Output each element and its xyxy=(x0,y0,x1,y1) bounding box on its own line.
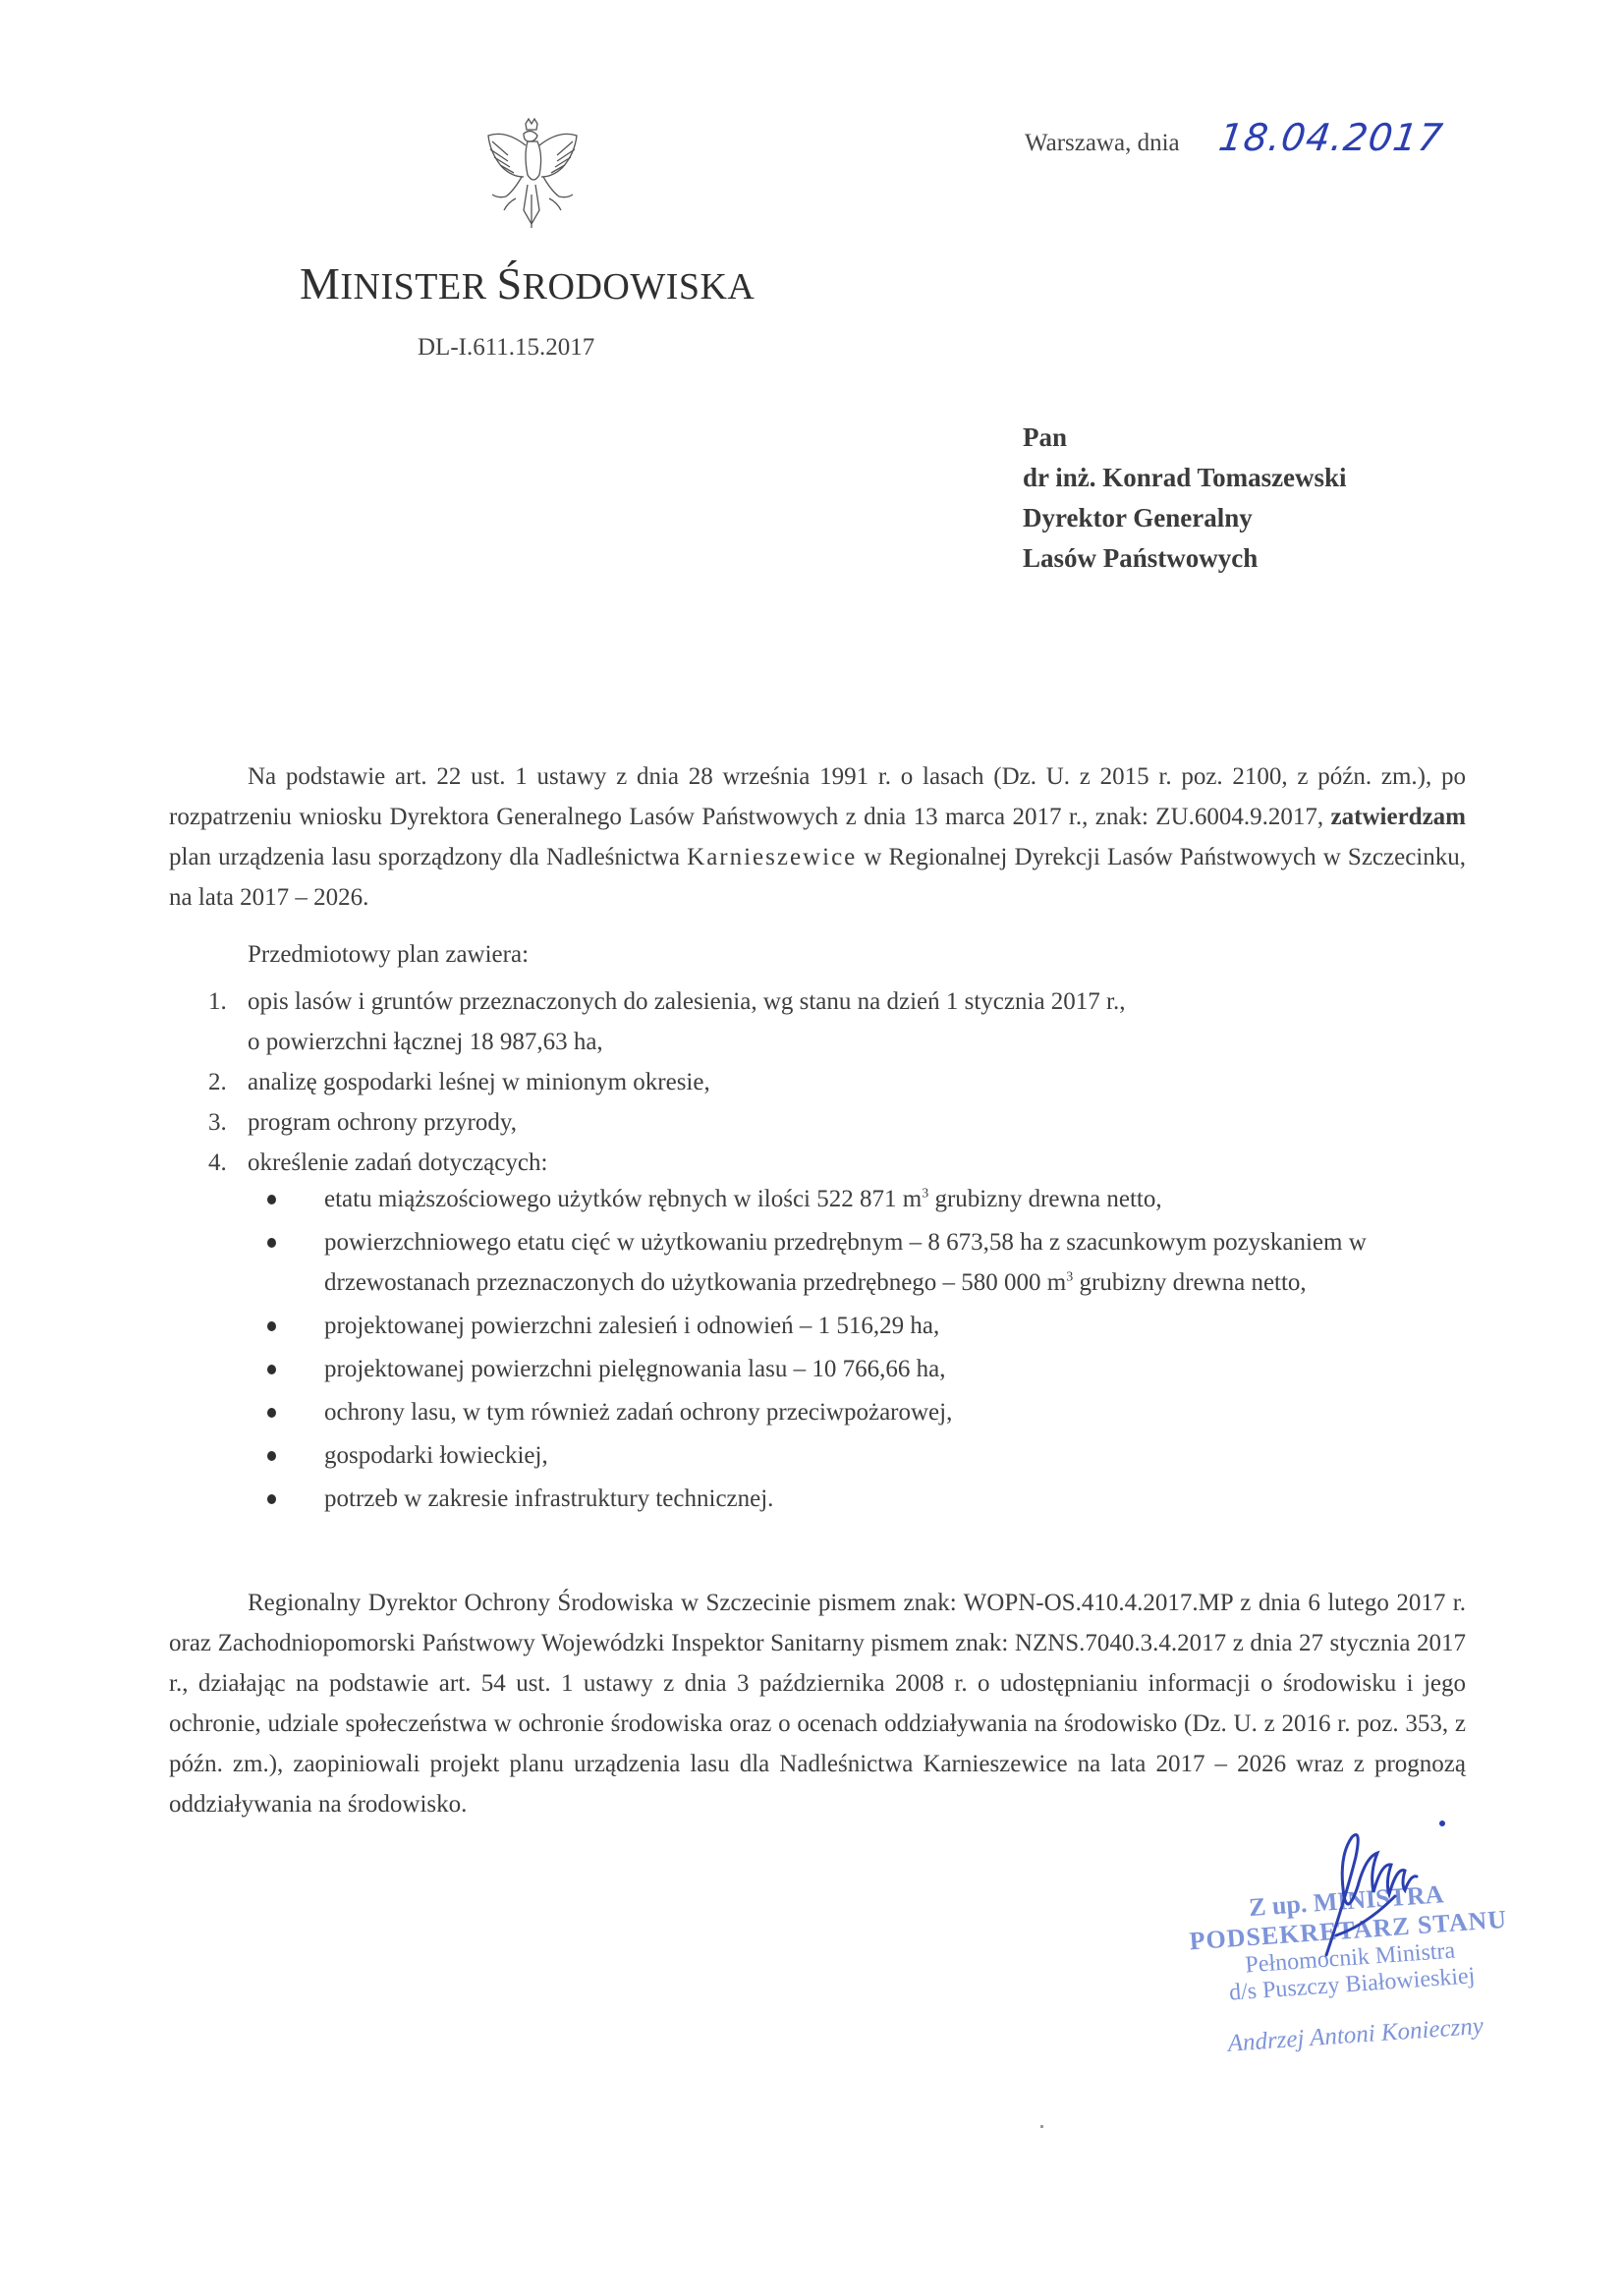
addressee-line: dr inż. Konrad Tomaszewski xyxy=(1023,458,1347,498)
bullet-icon xyxy=(263,1435,324,1476)
list-item: potrzeb w zakresie infrastruktury techni… xyxy=(263,1479,1383,1519)
bullet-icon xyxy=(263,1306,324,1346)
addressee-line: Dyrektor Generalny xyxy=(1023,498,1347,538)
ministry-title: MINISTER ŚRODOWISKA xyxy=(300,257,755,309)
addressee-line: Lasów Państwowych xyxy=(1023,538,1347,579)
case-number: DL-I.611.15.2017 xyxy=(418,334,594,362)
bullet-icon xyxy=(263,1179,324,1219)
bullet-list: etatu miąższościowego użytków rębnych w … xyxy=(263,1179,1383,1522)
bullet-icon xyxy=(263,1479,324,1519)
list-item: 1. opis lasów i gruntów przeznaczonych d… xyxy=(169,981,1466,1062)
list-item: 3. program ochrony przyrody, xyxy=(169,1102,1466,1143)
bullet-icon xyxy=(263,1392,324,1432)
handwritten-signature-icon xyxy=(1307,1818,1454,1965)
approval-keyword: zatwierdzam xyxy=(1331,804,1466,830)
list-item: etatu miąższościowego użytków rębnych w … xyxy=(263,1179,1383,1219)
place-date: Warszawa, dnia 18.04.2017 xyxy=(1025,116,1442,159)
handwritten-date: 18.04.2017 xyxy=(1216,116,1446,159)
bullet-icon xyxy=(263,1222,324,1303)
place-label: Warszawa, dnia xyxy=(1025,130,1180,157)
addressee-line: Pan xyxy=(1023,418,1347,458)
list-item: projektowanej powierzchni zalesień i odn… xyxy=(263,1306,1383,1346)
list-item: 4. określenie zadań dotyczących: xyxy=(169,1143,1466,1183)
list-item: 2. analizę gospodarki leśnej w minionym … xyxy=(169,1062,1466,1102)
numbered-list: 1. opis lasów i gruntów przeznaczonych d… xyxy=(169,981,1466,1183)
addressee-block: Pan dr inż. Konrad Tomaszewski Dyrektor … xyxy=(1023,418,1347,579)
list-item: powierzchniowego etatu cięć w użytkowani… xyxy=(263,1222,1383,1303)
list-item: gospodarki łowieckiej, xyxy=(263,1435,1383,1476)
bullet-icon xyxy=(263,1349,324,1389)
paragraph-opinions: Regionalny Dyrektor Ochrony Środowiska w… xyxy=(169,1583,1466,1824)
scan-speck xyxy=(1040,2125,1043,2128)
plan-intro: Przedmiotowy plan zawiera: xyxy=(248,941,529,969)
list-item: ochrony lasu, w tym również zadań ochron… xyxy=(263,1392,1383,1432)
eagle-emblem-icon xyxy=(476,116,587,234)
list-item: projektowanej powierzchni pielęgnowania … xyxy=(263,1349,1383,1389)
paragraph-approval: Na podstawie art. 22 ust. 1 ustawy z dni… xyxy=(169,756,1466,918)
